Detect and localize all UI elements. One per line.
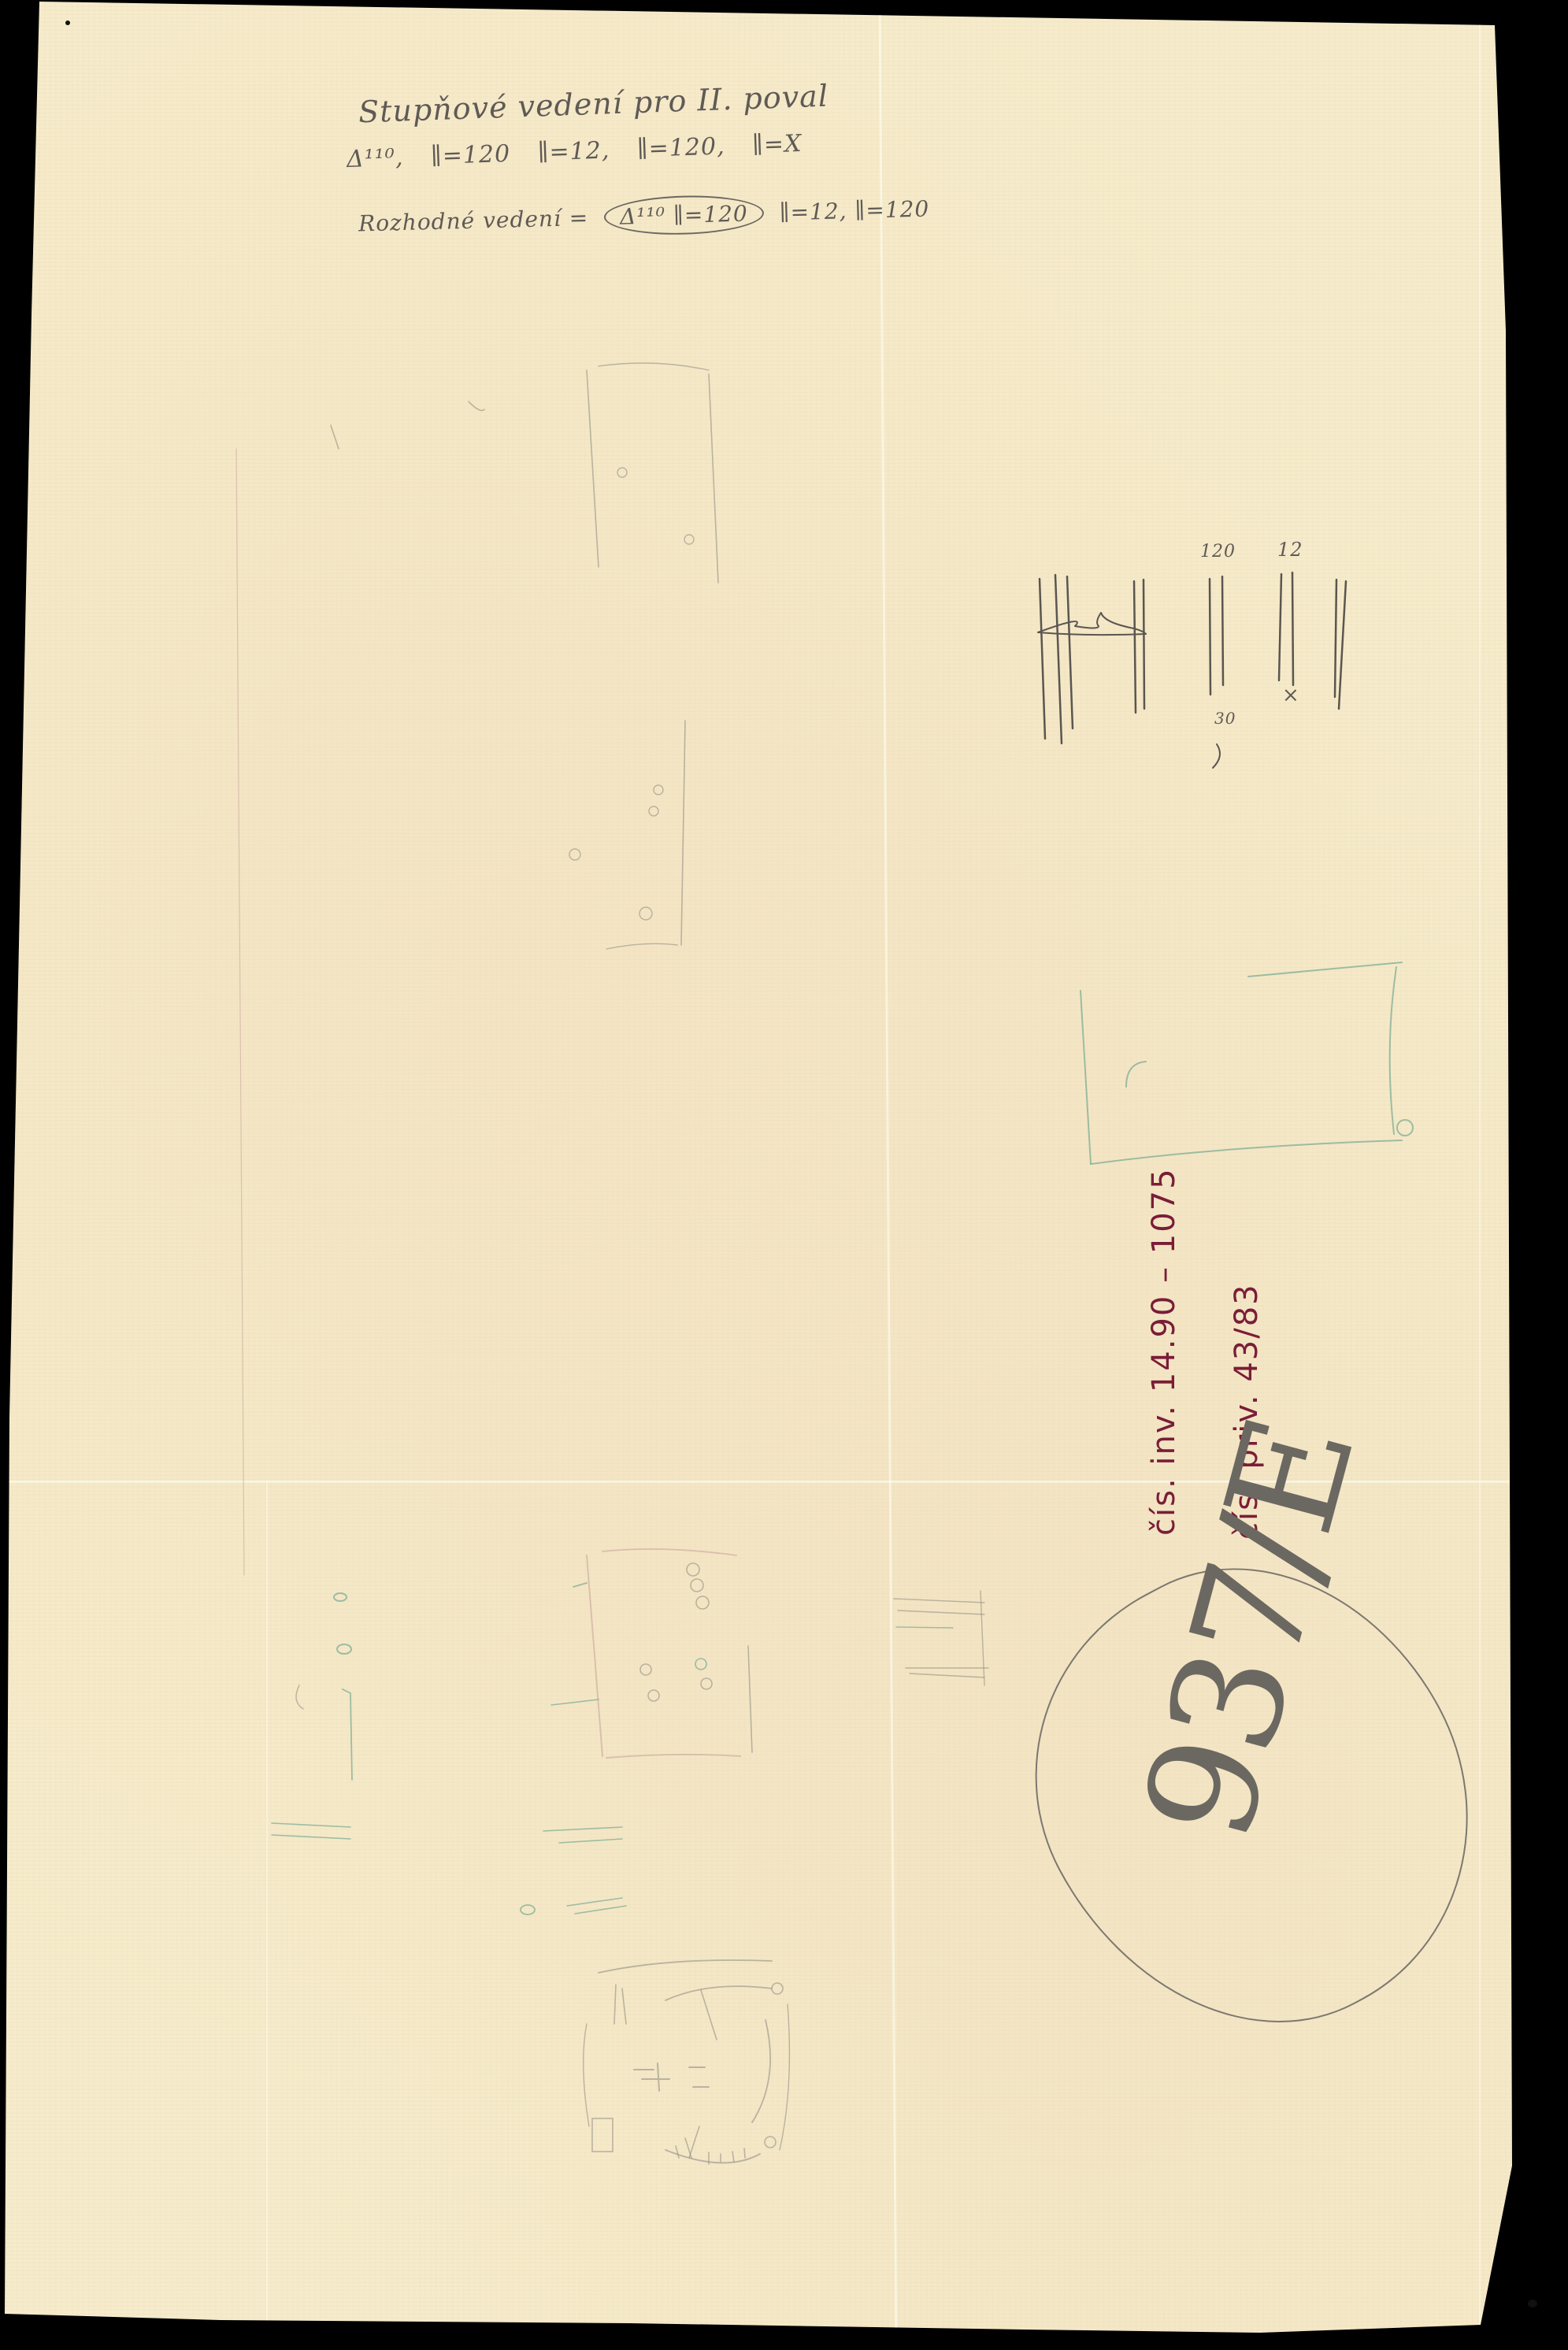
dust-speck <box>65 20 70 25</box>
lower-left-fold <box>266 1481 268 2350</box>
diagram-label-12: 12 <box>1277 539 1303 561</box>
vertical-fold <box>879 0 898 2350</box>
dust-speck <box>1528 2300 1537 2307</box>
diagram-label-120: 120 <box>1200 542 1236 562</box>
right-edge-fold <box>1479 0 1481 2350</box>
diagram-label-30: 30 <box>1214 709 1236 728</box>
inventory-prefix: čís. inv. <box>1146 1404 1182 1536</box>
note-line-3-label: Rozhodné vedení = <box>358 205 589 237</box>
diagram-label-x: × <box>1282 684 1300 707</box>
inventory-number-mark: čís. inv. 14.90 – 1075 <box>1146 1167 1182 1536</box>
note-circled-value: Δ¹¹⁰ ∥=120 <box>604 194 765 236</box>
private-number: 43/83 <box>1229 1283 1265 1381</box>
note-line-3-rest: ∥=12, ∥=120 <box>779 196 929 226</box>
inventory-number: 14.90 – 1075 <box>1146 1167 1182 1392</box>
